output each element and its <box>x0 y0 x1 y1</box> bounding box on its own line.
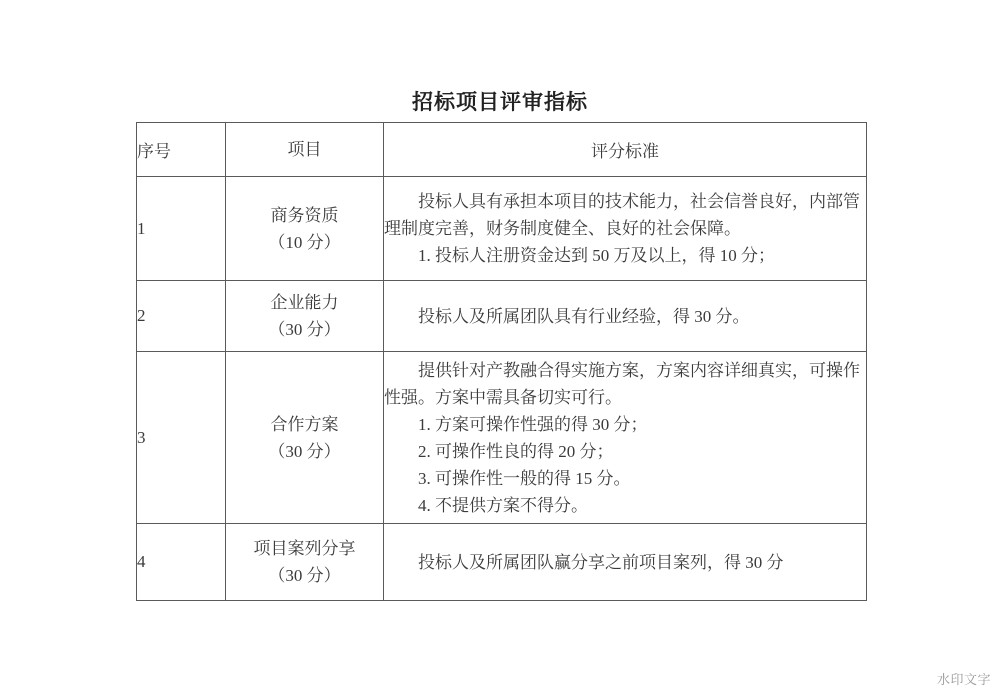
table-row: 1 商务资质 （10 分） 投标人具有承担本项目的技术能力，社会信誉良好，内部管… <box>137 177 867 281</box>
header-no: 序号 <box>137 123 226 177</box>
item-score: （30 分） <box>226 316 383 343</box>
criteria-list-item: 1. 方案可操作性强的得 30 分； <box>384 411 866 438</box>
criteria-cell: 投标人及所属团队赢分享之前项目案列，得 30 分 <box>384 524 867 601</box>
item-name: 商务资质 <box>226 202 383 229</box>
criteria-paragraph: 投标人及所属团队赢分享之前项目案列，得 30 分 <box>384 549 866 576</box>
table-row: 4 项目案列分享 （30 分） 投标人及所属团队赢分享之前项目案列，得 30 分 <box>137 524 867 601</box>
item-score: （30 分） <box>226 562 383 589</box>
criteria-list-item: 4. 不提供方案不得分。 <box>384 492 866 519</box>
criteria-cell: 提供针对产教融合得实施方案，方案内容详细真实，可操作性强。方案中需具备切实可行。… <box>384 352 867 524</box>
item-cell: 合作方案 （30 分） <box>226 352 384 524</box>
row-number: 1 <box>137 177 226 281</box>
page-title: 招标项目评审指标 <box>0 86 1000 116</box>
header-item: 项目 <box>226 123 384 177</box>
row-number: 3 <box>137 352 226 524</box>
criteria-paragraph: 投标人及所属团队具有行业经验，得 30 分。 <box>384 303 866 330</box>
watermark-text: 水印文字 <box>937 669 991 688</box>
table-header-row: 序号 项目 评分标准 <box>137 123 867 177</box>
row-number: 4 <box>137 524 226 601</box>
item-name: 企业能力 <box>226 289 383 316</box>
criteria-cell: 投标人及所属团队具有行业经验，得 30 分。 <box>384 281 867 352</box>
criteria-list-item: 2. 可操作性良的得 20 分； <box>384 438 866 465</box>
table-row: 3 合作方案 （30 分） 提供针对产教融合得实施方案，方案内容详细真实，可操作… <box>137 352 867 524</box>
item-cell: 企业能力 （30 分） <box>226 281 384 352</box>
item-name: 合作方案 <box>226 411 383 438</box>
table-row: 2 企业能力 （30 分） 投标人及所属团队具有行业经验，得 30 分。 <box>137 281 867 352</box>
item-name: 项目案列分享 <box>226 535 383 562</box>
item-score: （30 分） <box>226 438 383 465</box>
row-number: 2 <box>137 281 226 352</box>
criteria-cell: 投标人具有承担本项目的技术能力，社会信誉良好，内部管理制度完善，财务制度健全、良… <box>384 177 867 281</box>
criteria-paragraph: 投标人具有承担本项目的技术能力，社会信誉良好，内部管理制度完善，财务制度健全、良… <box>384 188 866 242</box>
item-cell: 项目案列分享 （30 分） <box>226 524 384 601</box>
criteria-list-item: 3. 可操作性一般的得 15 分。 <box>384 465 866 492</box>
evaluation-table: 序号 项目 评分标准 1 商务资质 （10 分） 投标人具有承担本项目的技术能力… <box>136 122 867 601</box>
criteria-paragraph: 提供针对产教融合得实施方案，方案内容详细真实，可操作性强。方案中需具备切实可行。 <box>384 357 866 411</box>
criteria-list-item: 1. 投标人注册资金达到 50 万及以上，得 10 分； <box>384 242 866 269</box>
item-cell: 商务资质 （10 分） <box>226 177 384 281</box>
document-page: 招标项目评审指标 序号 项目 评分标准 1 商务资质 （10 分） 投标人具有承… <box>0 0 1000 694</box>
header-criteria: 评分标准 <box>384 123 867 177</box>
item-score: （10 分） <box>226 229 383 256</box>
